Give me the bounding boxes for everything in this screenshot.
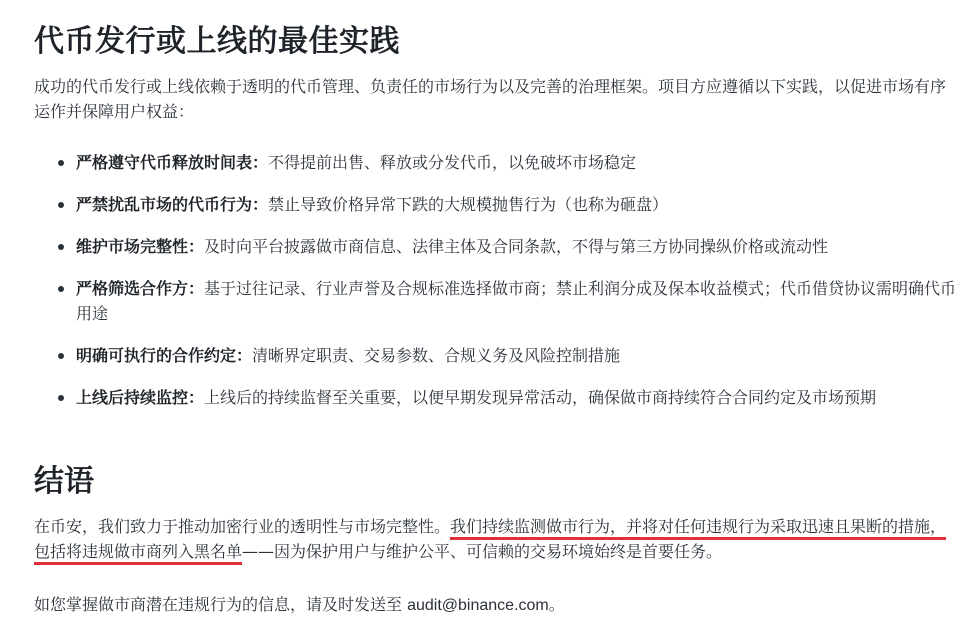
section-title-best-practices: 代币发行或上线的最佳实践 bbox=[34, 22, 400, 62]
conclusion-text-tail: ——因为保护用户与维护公平、可信赖的交易环境始终是首要任务。 bbox=[242, 542, 722, 561]
best-practices-list: 严格遵守代币释放时间表：不得提前出售、释放或分发代币，以免破坏市场稳定 严禁扰乱… bbox=[34, 150, 959, 410]
section-title-conclusion: 结语 bbox=[34, 462, 94, 502]
list-item-label: 维护市场完整性： bbox=[76, 237, 204, 256]
list-item-label: 严禁扰乱市场的代币行为： bbox=[76, 195, 268, 214]
list-item: 严格遵守代币释放时间表：不得提前出售、释放或分发代币，以免破坏市场稳定 bbox=[34, 150, 959, 175]
list-item: 明确可执行的合作约定：清晰界定职责、交易参数、合规义务及风险控制措施 bbox=[34, 343, 959, 368]
intro-paragraph: 成功的代币发行或上线依赖于透明的代币管理、负责任的市场行为以及完善的治理框架。项… bbox=[34, 74, 959, 124]
bullet-icon bbox=[58, 353, 64, 359]
list-item-text: 清晰界定职责、交易参数、合规义务及风险控制措施 bbox=[252, 346, 620, 365]
audit-email-link[interactable]: audit@binance.com bbox=[407, 597, 549, 614]
conclusion-text-lead: 在币安，我们致力于推动加密行业的透明性与市场完整性。 bbox=[34, 517, 450, 536]
bullet-icon bbox=[58, 202, 64, 208]
list-item: 严禁扰乱市场的代币行为：禁止导致价格异常下跌的大规模抛售行为（也称为砸盘） bbox=[34, 192, 959, 217]
list-item: 维护市场完整性：及时向平台披露做市商信息、法律主体及合同条款，不得与第三方协同操… bbox=[34, 234, 959, 259]
list-item: 上线后持续监控：上线后的持续监督至关重要，以便早期发现异常活动，确保做市商持续符… bbox=[34, 385, 959, 410]
list-item-text: 禁止导致价格异常下跌的大规模抛售行为（也称为砸盘） bbox=[268, 195, 668, 214]
bullet-icon bbox=[58, 286, 64, 292]
contact-text: 如您掌握做市商潜在违规行为的信息，请及时发送至 bbox=[34, 595, 407, 614]
bullet-icon bbox=[58, 244, 64, 250]
bullet-icon bbox=[58, 395, 64, 401]
list-item-text: 上线后的持续监督至关重要，以便早期发现异常活动，确保做市商持续符合合同约定及市场… bbox=[204, 388, 876, 407]
list-item-label: 明确可执行的合作约定： bbox=[76, 346, 252, 365]
list-item-text: 不得提前出售、释放或分发代币，以免破坏市场稳定 bbox=[268, 153, 636, 172]
list-item-text: 及时向平台披露做市商信息、法律主体及合同条款，不得与第三方协同操纵价格或流动性 bbox=[204, 237, 828, 256]
bullet-icon bbox=[58, 160, 64, 166]
list-item-text: 基于过往记录、行业声誉及合规标准选择做市商；禁止利润分成及保本收益模式；代币借贷… bbox=[76, 279, 956, 323]
list-item-label: 上线后持续监控： bbox=[76, 388, 204, 407]
list-item-label: 严格筛选合作方： bbox=[76, 279, 204, 298]
contact-end: 。 bbox=[549, 595, 565, 614]
list-item-label: 严格遵守代币释放时间表： bbox=[76, 153, 268, 172]
list-item: 严格筛选合作方：基于过往记录、行业声誉及合规标准选择做市商；禁止利润分成及保本收… bbox=[34, 276, 959, 326]
contact-paragraph: 如您掌握做市商潜在违规行为的信息，请及时发送至 audit@binance.co… bbox=[34, 592, 959, 618]
conclusion-paragraph: 在币安，我们致力于推动加密行业的透明性与市场完整性。我们持续监测做市行为，并将对… bbox=[34, 514, 959, 564]
